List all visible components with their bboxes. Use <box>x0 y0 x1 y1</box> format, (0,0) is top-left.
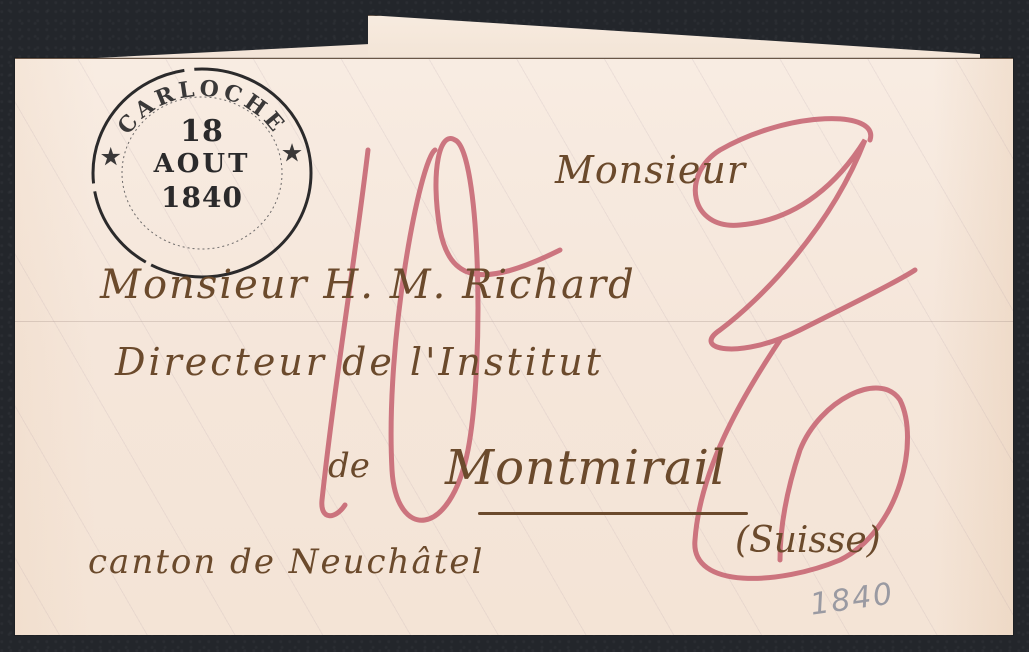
address-line-recipient: Monsieur H. M. Richard <box>100 262 636 308</box>
address-line-canton: canton de Neuchâtel <box>88 542 484 582</box>
address-line-prefix: de <box>328 446 370 486</box>
address-line-title: Directeur de l'Institut <box>115 340 604 384</box>
address-line-country: (Suisse) <box>735 520 881 561</box>
town-underline <box>478 512 748 515</box>
address-line-salutation: Monsieur <box>555 148 746 192</box>
address-line-town: Montmirail <box>445 440 726 496</box>
